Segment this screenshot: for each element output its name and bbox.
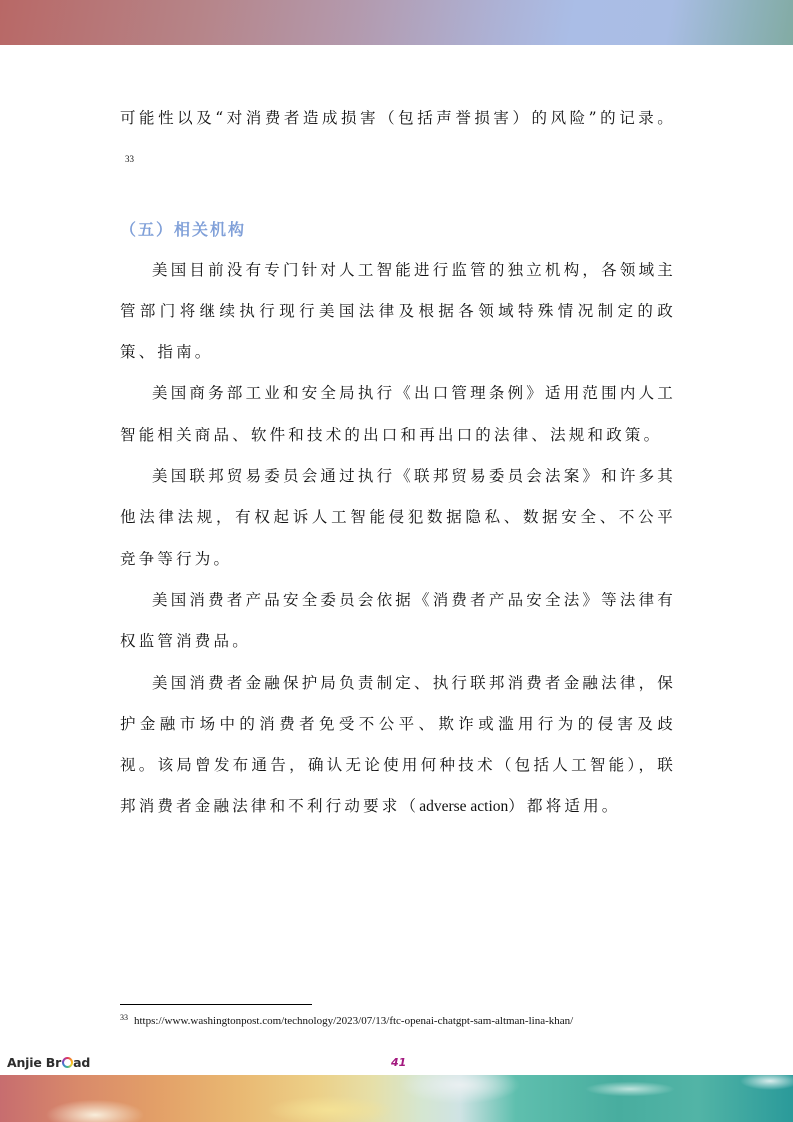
paragraph-cfpb-term: adverse action [419,798,508,815]
continuation-paragraph: 可能性以及“对消费者造成损害（包括声誉损害）的风险”的记录。33 [120,98,676,186]
paragraph-cfpb-tail: ）都将适用。 [508,797,620,815]
section-heading: （五）相关机构 [120,210,676,250]
header-decorative-band [0,0,793,45]
paragraph-cfpb-text: 美国消费者金融保护局负责制定、执行联邦消费者金融法律，保护金融市场中的消费者免受… [120,674,676,816]
paragraph-ftc: 美国联邦贸易委员会通过执行《联邦贸易委员会法案》和许多其他法律法规，有权起诉人工… [120,456,676,580]
brand-text-prefix: Anjie Br [7,1055,61,1070]
footnote-divider [120,1004,312,1005]
footnote: 33https://www.washingtonpost.com/technol… [120,1013,573,1027]
continuation-text: 可能性以及“对消费者造成损害（包括声誉损害）的风险”的记录。 [120,109,676,127]
paragraph-commerce-bis: 美国商务部工业和安全局执行《出口管理条例》适用范围内人工智能相关商品、软件和技术… [120,373,676,456]
paragraph-independent-agency: 美国目前没有专门针对人工智能进行监管的独立机构，各领域主管部门将继续执行现行美国… [120,250,676,374]
brand-text-suffix: ad [73,1055,90,1070]
footnote-reference[interactable]: 33 [125,154,134,164]
footer-painted-band [0,1075,793,1122]
page-number: 41 [391,1056,406,1069]
footnote-link[interactable]: https://www.washingtonpost.com/technolog… [134,1015,573,1027]
brand-color-ring-icon [62,1057,73,1068]
paragraph-cpsc: 美国消费者产品安全委员会依据《消费者产品安全法》等法律有权监管消费品。 [120,580,676,663]
paragraph-cfpb: 美国消费者金融保护局负责制定、执行联邦消费者金融法律，保护金融市场中的消费者免受… [120,663,676,828]
footnote-number: 33 [120,1013,128,1022]
page-body: 可能性以及“对消费者造成损害（包括声誉损害）的风险”的记录。33 （五）相关机构… [120,98,676,828]
brand-logo: Anjie Brad [7,1055,90,1070]
